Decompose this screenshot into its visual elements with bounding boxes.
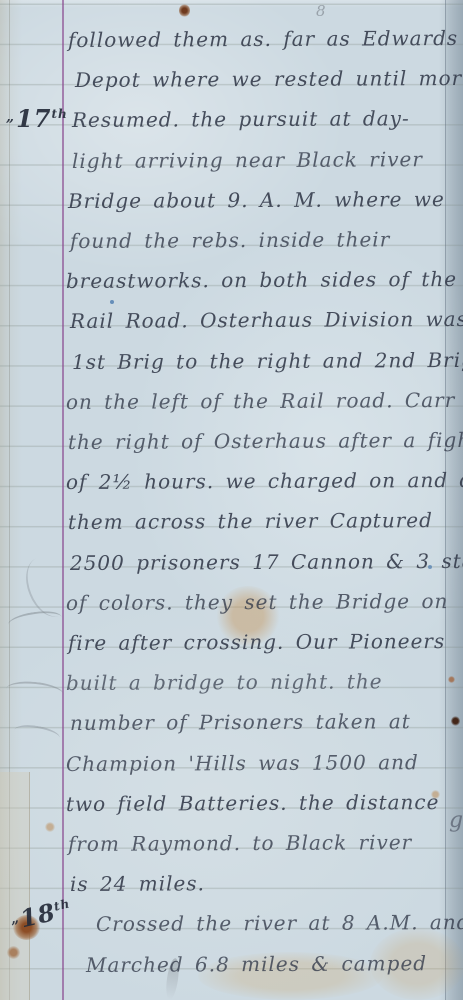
diary-line: Bridge about 9. A. M. where we [68,187,445,213]
diary-line: found the rebs. inside their [70,227,390,253]
diary-line: from Raymond. to Black river [68,830,412,856]
diary-line: of 2½ hours. we charged on and drove [66,468,463,494]
diary-line: 1st Brig to the right and 2nd Brigade [72,348,463,374]
diary-line: built a bridge to night. the [66,669,383,695]
diary-page: 8 g „17th „18th followed them as. far as… [0,0,463,1000]
diary-line: fire after crossing. Our Pioneers [68,629,445,655]
diary-line: Champion 'Hills was 1500 and [66,750,419,776]
diary-line: the right of Osterhaus after a fight [68,428,463,454]
diary-line: of colors. they set the Bridge on [66,589,449,615]
diary-line: number of Prisoners taken at [70,709,411,735]
handwritten-text: followed them as. far as Edwards Depot w… [0,0,463,1000]
diary-line: them across the river Captured [68,508,433,534]
diary-line: is 24 miles. [70,871,205,896]
diary-line: followed them as. far as Edwards [68,26,458,52]
diary-line: two field Batteries. the distance [66,790,440,816]
diary-line: Marched 6.8 miles & camped [86,951,427,977]
diary-line: breastworks. on both sides of the [66,267,457,293]
diary-line: Resumed. the pursuit at day- [72,106,410,132]
diary-line: on the left of the Rail road. Carr on [66,388,463,414]
diary-line: Crossed the river at 8 A.M. and [96,910,463,936]
diary-line: Rail Road. Osterhaus Division was [70,307,463,333]
diary-line: 2500 prisoners 17 Cannon & 3 stand [70,549,463,575]
diary-line: Depot where we rested until morning [75,66,463,92]
diary-line: light arriving near Black river [72,147,423,173]
